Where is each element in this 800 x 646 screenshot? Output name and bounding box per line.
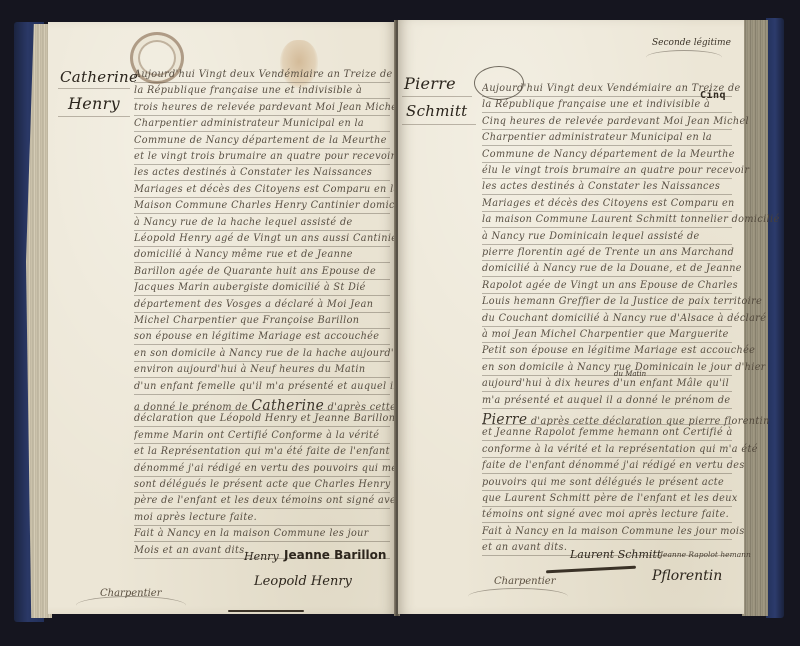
margin-name-last: Schmitt xyxy=(406,102,468,120)
line-rule xyxy=(482,309,732,310)
record-line: faite de l'enfant dénommé j'ai rédigé en… xyxy=(482,459,745,471)
record-line: Pierre d'après cette déclaration que pie… xyxy=(482,410,770,428)
margin-name-last: Henry xyxy=(68,94,120,113)
line-rule xyxy=(482,145,732,146)
line-rule xyxy=(134,164,390,165)
signature-laurent-schmitt: Laurent Schmitt xyxy=(570,548,661,561)
document-scan: Catherine Henry Aujourd'hui Vingt deux V… xyxy=(0,0,800,646)
record-text-left: Aujourd'hui Vingt deux Vendémiaire an Tr… xyxy=(134,68,390,548)
highlighted-given-name: Catherine xyxy=(251,396,324,414)
record-line: d'un enfant femelle qu'il m'a présenté e… xyxy=(134,380,397,392)
line-rule xyxy=(482,358,732,359)
line-rule xyxy=(134,476,390,477)
line-rule xyxy=(134,197,390,198)
signature-flourish xyxy=(468,588,568,605)
line-rule xyxy=(482,457,732,458)
record-line: témoins ont signé avec moi après lecture… xyxy=(482,508,729,520)
signature-flourish xyxy=(76,596,186,615)
record-line: père de l'enfant et les deux témoins ont… xyxy=(134,494,402,506)
record-line: à moi Jean Michel Charpentier que Margue… xyxy=(482,328,729,340)
record-line: Louis hemann Greffier de la Justice de p… xyxy=(482,295,762,307)
record-line: Commune de Nancy département de la Meurt… xyxy=(134,134,387,146)
line-rule xyxy=(134,213,390,214)
line-rule xyxy=(134,426,390,427)
record-line: et an avant dits. xyxy=(482,541,567,553)
signature-flourish xyxy=(546,566,636,574)
line-rule xyxy=(134,344,390,345)
record-line: femme Marin ont Certifié Conforme à la v… xyxy=(134,429,379,441)
record-line: Charpentier administrateur Municipal en … xyxy=(134,117,364,129)
line-rule xyxy=(482,326,732,327)
signature-pflorentin: Pflorentin xyxy=(652,568,722,584)
line-rule xyxy=(482,293,732,294)
line-rule xyxy=(482,129,732,130)
record-line: Mariages et décès des Citoyens est Compa… xyxy=(134,183,400,195)
record-line: et Jeanne Rapolot femme hemann ont Certi… xyxy=(482,426,733,438)
record-line: département des Vosges a déclaré à Moi J… xyxy=(134,298,373,310)
line-rule xyxy=(482,375,732,376)
record-text-right: Aujourd'hui Vingt deux Vendémiaire an Tr… xyxy=(482,82,732,562)
line-rule xyxy=(482,227,732,228)
record-line: Michel Charpentier que Françoise Barillo… xyxy=(134,314,359,326)
line-rule xyxy=(134,394,390,395)
line-rule xyxy=(482,194,732,195)
record-line: sont délégués le présent acte que Charle… xyxy=(134,478,391,490)
line-rule xyxy=(134,377,390,378)
line-rule xyxy=(482,490,732,491)
line-rule xyxy=(482,162,732,163)
line-rule xyxy=(482,96,732,97)
record-line: aujourd'hui à dix heures d'un enfant Mâl… xyxy=(482,377,729,389)
line-rule xyxy=(134,82,390,83)
record-line: et la Représentation qui m'a été faite d… xyxy=(134,445,390,457)
signature-jeanne-rapolot: Jeanne Rapolot hemann xyxy=(660,550,751,559)
line-rule xyxy=(482,276,732,277)
record-line: conforme à la vérité et la représentatio… xyxy=(482,443,758,455)
annotation-flourish xyxy=(646,50,722,65)
line-rule xyxy=(134,262,390,263)
line-rule xyxy=(134,148,390,149)
record-line: la République française une et indivisib… xyxy=(482,98,710,110)
record-line: Cinq heures de relevée pardevant Moi Jea… xyxy=(482,115,749,127)
margin-name-first: Catherine xyxy=(60,68,138,86)
record-line: que Laurent Schmitt père de l'enfant et … xyxy=(482,492,738,504)
left-page: Catherine Henry Aujourd'hui Vingt deux V… xyxy=(48,22,396,614)
record-line: Rapolot agée de Vingt un ans Epouse de C… xyxy=(482,279,738,291)
record-line: domicilié à Nancy même rue et de Jeanne xyxy=(134,248,353,260)
line-rule xyxy=(482,440,732,441)
record-line: Maison Commune Charles Henry Cantinier d… xyxy=(134,199,411,211)
line-rule xyxy=(134,328,390,329)
record-line: Charpentier administrateur Municipal en … xyxy=(482,131,712,143)
record-line: domicilié à Nancy rue de la Douane, et d… xyxy=(482,262,742,274)
line-rule xyxy=(134,246,390,247)
line-rule xyxy=(134,115,390,116)
record-line: Barillon agée de Quarante huit ans Epous… xyxy=(134,265,376,277)
record-line: Jacques Marin aubergiste domicilié à St … xyxy=(134,281,366,293)
signature-charpentier: Charpentier xyxy=(494,576,556,587)
line-rule xyxy=(134,410,390,411)
record-line: Léopold Henry agé de Vingt un ans aussi … xyxy=(134,232,402,244)
line-rule xyxy=(134,443,390,444)
line-rule xyxy=(482,178,732,179)
line-rule xyxy=(134,295,390,296)
line-rule xyxy=(482,260,732,261)
margin-rule xyxy=(58,116,130,117)
signature-leopold-henry: Leopold Henry xyxy=(254,574,352,589)
line-rule xyxy=(482,342,732,343)
line-rule xyxy=(482,112,732,113)
line-rule xyxy=(482,539,732,540)
record-line: environ aujourd'hui à Neuf heures du Mat… xyxy=(134,363,365,375)
line-rule xyxy=(482,391,732,392)
record-line: à Nancy rue Dominicain lequel assisté de xyxy=(482,230,700,242)
line-rule xyxy=(134,492,390,493)
record-line: et le vingt trois brumaire an quatre pou… xyxy=(134,150,396,162)
record-line: m'a présenté et auquel il a donné le pré… xyxy=(482,394,730,406)
record-line: les actes destinés à Constater les Naiss… xyxy=(134,166,372,178)
line-rule xyxy=(134,459,390,460)
line-rule xyxy=(134,180,390,181)
record-line: a donné le prénom de Catherine d'après c… xyxy=(134,396,396,414)
signature-henry: Henry xyxy=(244,550,279,563)
record-line: trois heures de relevée pardevant Moi Je… xyxy=(134,101,401,113)
line-rule xyxy=(482,506,732,507)
record-line: en son domicile à Nancy rue Dominicain l… xyxy=(482,361,766,373)
record-line: moi après lecture faite. xyxy=(134,511,257,523)
signature-flourish xyxy=(228,610,304,612)
record-line: Mariages et décès des Citoyens est Compa… xyxy=(482,197,735,209)
record-line: pierre florentin agé de Trente un ans Ma… xyxy=(482,246,734,258)
record-line: Aujourd'hui Vingt deux Vendémiaire an Tr… xyxy=(482,82,741,94)
margin-rule xyxy=(58,88,130,89)
record-line: Petit son épouse en légitime Mariage est… xyxy=(482,344,755,356)
record-line: Mois et an avant dits. xyxy=(134,544,248,556)
line-rule xyxy=(134,541,390,542)
record-line: Commune de Nancy département de la Meurt… xyxy=(482,148,735,160)
line-rule xyxy=(482,408,732,409)
line-rule xyxy=(134,508,390,509)
record-line: les actes destinés à Constater les Naiss… xyxy=(482,180,720,192)
line-rule xyxy=(482,244,732,245)
record-line: Fait à Nancy en la maison Commune les jo… xyxy=(482,525,745,537)
record-line: déclaration que Léopold Henry et Jeanne … xyxy=(134,412,395,424)
line-rule xyxy=(134,279,390,280)
line-rule xyxy=(134,131,390,132)
line-rule xyxy=(482,211,732,212)
book-cover-right xyxy=(766,18,784,618)
record-line: dénommé j'ai rédigé en vertu des pouvoir… xyxy=(134,462,397,474)
line-rule xyxy=(134,230,390,231)
margin-name-first: Pierre xyxy=(404,74,456,93)
highlighted-given-name: Pierre xyxy=(482,410,527,428)
record-line: pouvoirs qui me sont délégués le présent… xyxy=(482,476,724,488)
record-line: du Couchant domicilié à Nancy rue d'Alsa… xyxy=(482,312,766,324)
line-rule xyxy=(482,424,732,425)
record-line: la République française une et indivisib… xyxy=(134,84,362,96)
line-rule xyxy=(134,312,390,313)
annotation-top: Seconde légitime xyxy=(652,38,731,48)
record-line: son épouse en légitime Mariage est accou… xyxy=(134,330,379,342)
record-line: la maison Commune Laurent Schmitt tonnel… xyxy=(482,213,780,225)
line-rule xyxy=(482,522,732,523)
line-rule xyxy=(134,525,390,526)
line-rule xyxy=(134,361,390,362)
line-rule xyxy=(134,98,390,99)
margin-rule xyxy=(402,96,472,97)
record-line: à Nancy rue de la hache lequel assisté d… xyxy=(134,216,353,228)
line-rule xyxy=(482,473,732,474)
right-page: Seconde légitime Cinq Pierre Schmitt du … xyxy=(398,20,744,614)
record-line: en son domicile à Nancy rue de la hache … xyxy=(134,347,411,359)
record-line: élu le vingt trois brumaire an quatre po… xyxy=(482,164,749,176)
margin-rule xyxy=(402,124,476,125)
signature-jeanne-barillon: Jeanne Barillon xyxy=(284,548,386,562)
record-line: Aujourd'hui Vingt deux Vendémiaire an Tr… xyxy=(134,68,393,80)
record-line: Fait à Nancy en la maison Commune les jo… xyxy=(134,527,369,539)
